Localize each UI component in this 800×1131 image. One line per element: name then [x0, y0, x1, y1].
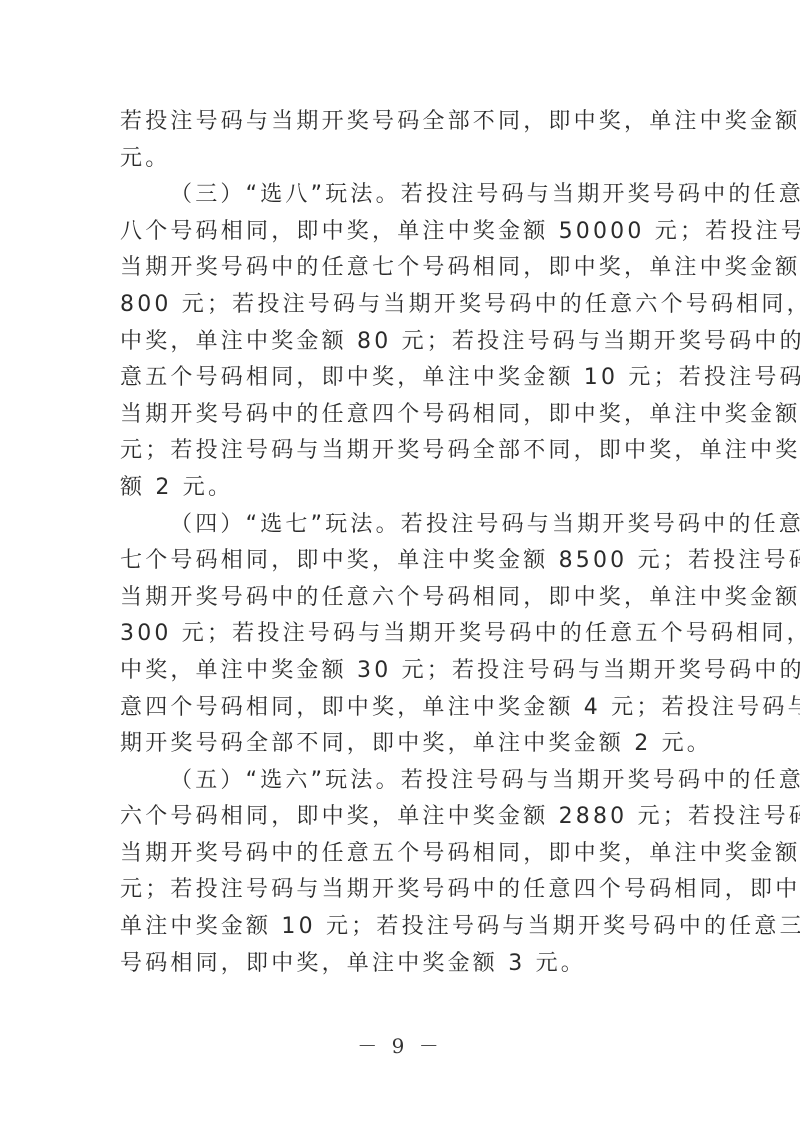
section-heading-line-xuan-ba: （三）“选八”玩法。若投注号码与当期开奖号码中的任意	[120, 177, 683, 214]
text-line: 当期开奖号码中的任意五个号码相同，即中奖，单注中奖金额 30	[120, 836, 683, 873]
text-line: 当期开奖号码中的任意六个号码相同，即中奖，单注中奖金额	[120, 580, 683, 617]
text-line: 300 元；若投注号码与当期开奖号码中的任意五个号码相同，即	[120, 616, 683, 653]
section-heading-line-xuan-liu: （五）“选六”玩法。若投注号码与当期开奖号码中的任意	[120, 763, 683, 800]
text-line: 六个号码相同，即中奖，单注中奖金额 2880 元；若投注号码与	[120, 799, 683, 836]
text-line: 中奖，单注中奖金额 80 元；若投注号码与当期开奖号码中的任	[120, 324, 683, 361]
text-line: 元。	[120, 141, 683, 178]
body-text: 若投注号码与当期开奖号码全部不同，即中奖，单注中奖金额 2 元。 （三）“选八”…	[120, 104, 683, 982]
text-line: 当期开奖号码中的任意四个号码相同，即中奖，单注中奖金额 3	[120, 397, 683, 434]
text-line: 元；若投注号码与当期开奖号码全部不同，即中奖，单注中奖金	[120, 433, 683, 470]
text-line: 号码相同，即中奖，单注中奖金额 3 元。	[120, 946, 683, 983]
text-line: 若投注号码与当期开奖号码全部不同，即中奖，单注中奖金额 2	[120, 104, 683, 141]
text-line: 当期开奖号码中的任意七个号码相同，即中奖，单注中奖金额	[120, 250, 683, 287]
text-line: 额 2 元。	[120, 470, 683, 507]
text-line: 意五个号码相同，即中奖，单注中奖金额 10 元；若投注号码与	[120, 360, 683, 397]
text-line: 单注中奖金额 10 元；若投注号码与当期开奖号码中的任意三个	[120, 909, 683, 946]
text-line: 七个号码相同，即中奖，单注中奖金额 8500 元；若投注号码与	[120, 543, 683, 580]
page-number: － 9 －	[0, 1030, 800, 1059]
text-line: 元；若投注号码与当期开奖号码中的任意四个号码相同，即中奖，	[120, 872, 683, 909]
section-heading-line-xuan-qi: （四）“选七”玩法。若投注号码与当期开奖号码中的任意	[120, 507, 683, 544]
text-line: 意四个号码相同，即中奖，单注中奖金额 4 元；若投注号码与当	[120, 690, 683, 727]
text-line: 八个号码相同，即中奖，单注中奖金额 50000 元；若投注号码与	[120, 214, 683, 251]
document-page: 若投注号码与当期开奖号码全部不同，即中奖，单注中奖金额 2 元。 （三）“选八”…	[0, 0, 800, 1131]
text-line: 期开奖号码全部不同，即中奖，单注中奖金额 2 元。	[120, 726, 683, 763]
text-line: 中奖，单注中奖金额 30 元；若投注号码与当期开奖号码中的任	[120, 653, 683, 690]
text-line: 800 元；若投注号码与当期开奖号码中的任意六个号码相同，即	[120, 287, 683, 324]
